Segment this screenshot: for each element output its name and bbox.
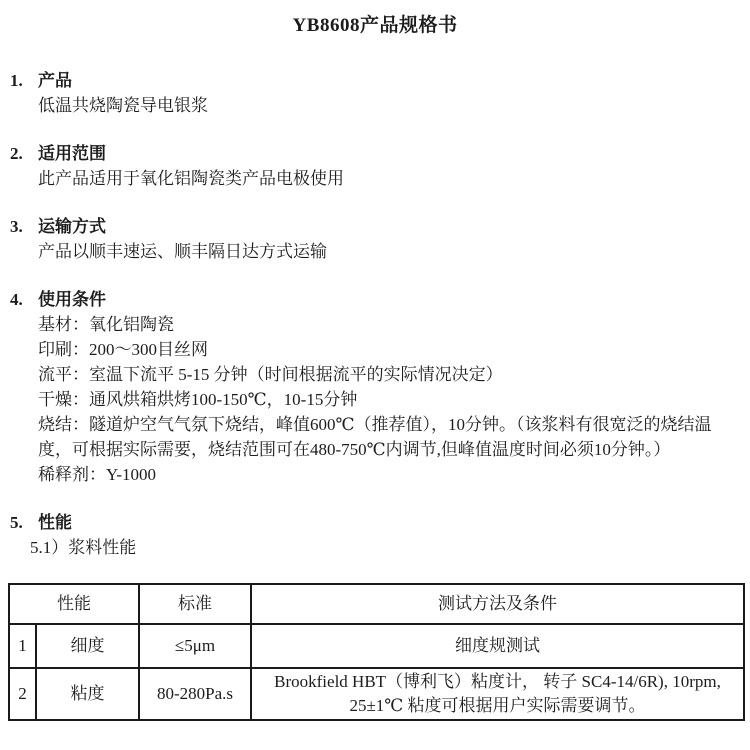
section-scope: 2. 适用范围 此产品适用于氧化铝陶瓷类产品电极使用 [0, 141, 750, 191]
cell-test-method: Brookfield HBT（博利飞）粘度计， 转子 SC4-14/6R), 1… [251, 668, 744, 720]
body-line-printing: 印刷：200～300目丝网 [38, 337, 750, 362]
paste-performance-table: 性能 标准 测试方法及条件 1 细度 ≤5μm 细度规测试 2 粘度 80-28… [8, 583, 745, 721]
section-performance: 5. 性能 5.1）浆料性能 [0, 510, 750, 560]
table-row-fineness: 1 细度 ≤5μm 细度规测试 [9, 624, 744, 668]
section-title: 性能 [38, 510, 72, 535]
section-body: 5.1）浆料性能 [0, 535, 750, 560]
cell-standard: 80-280Pa.s [139, 668, 251, 720]
section-number: 3. [10, 214, 38, 239]
section-number: 1. [10, 68, 38, 93]
header-property: 性能 [9, 584, 139, 624]
section-number: 2. [10, 141, 38, 166]
header-test-method: 测试方法及条件 [251, 584, 744, 624]
body-line-thinner: 稀释剂：Y-1000 [38, 462, 750, 487]
section-body: 基材：氧化铝陶瓷 印刷：200～300目丝网 流平：室温下流平 5-15 分钟（… [0, 312, 750, 487]
section-body: 低温共烧陶瓷导电银浆 [0, 93, 750, 118]
subsection-paste-performance: 5.1）浆料性能 [30, 535, 750, 560]
row-index: 1 [9, 624, 36, 668]
body-line-leveling: 流平：室温下流平 5-15 分钟（时间根据流平的实际情况决定） [38, 362, 750, 387]
section-body: 此产品适用于氧化铝陶瓷类产品电极使用 [0, 166, 750, 191]
row-index: 2 [9, 668, 36, 720]
section-product: 1. 产品 低温共烧陶瓷导电银浆 [0, 68, 750, 118]
document-title: YB8608产品规格书 [0, 0, 750, 38]
cell-standard: ≤5μm [139, 624, 251, 668]
body-line: 此产品适用于氧化铝陶瓷类产品电极使用 [38, 166, 750, 191]
body-line-drying: 干燥：通风烘箱烘烤100-150℃，10-15分钟 [38, 387, 750, 412]
body-line: 低温共烧陶瓷导电银浆 [38, 93, 750, 118]
section-title: 适用范围 [38, 141, 106, 166]
section-heading: 1. 产品 [0, 68, 750, 93]
body-line-sintering: 烧结：隧道炉空气气氛下烧结，峰值600℃（推荐值），10分钟。（该浆料有很宽泛的… [38, 412, 750, 462]
document-page: YB8608产品规格书 1. 产品 低温共烧陶瓷导电银浆 2. 适用范围 此产品… [0, 0, 750, 750]
sections-container: 1. 产品 低温共烧陶瓷导电银浆 2. 适用范围 此产品适用于氧化铝陶瓷类产品电… [0, 68, 750, 560]
section-body: 产品以顺丰速运、顺丰隔日达方式运输 [0, 239, 750, 264]
section-number: 5. [10, 510, 38, 535]
section-heading: 3. 运输方式 [0, 214, 750, 239]
section-heading: 5. 性能 [0, 510, 750, 535]
header-standard: 标准 [139, 584, 251, 624]
section-heading: 2. 适用范围 [0, 141, 750, 166]
section-title: 产品 [38, 68, 72, 93]
section-title: 使用条件 [38, 287, 106, 312]
cell-property: 粘度 [36, 668, 139, 720]
cell-test-method: 细度规测试 [251, 624, 744, 668]
table-row-viscosity: 2 粘度 80-280Pa.s Brookfield HBT（博利飞）粘度计， … [9, 668, 744, 720]
body-line: 产品以顺丰速运、顺丰隔日达方式运输 [38, 239, 750, 264]
section-number: 4. [10, 287, 38, 312]
table-header-row: 性能 标准 测试方法及条件 [9, 584, 744, 624]
section-shipping: 3. 运输方式 产品以顺丰速运、顺丰隔日达方式运输 [0, 214, 750, 264]
section-usage-conditions: 4. 使用条件 基材：氧化铝陶瓷 印刷：200～300目丝网 流平：室温下流平 … [0, 287, 750, 487]
section-heading: 4. 使用条件 [0, 287, 750, 312]
body-line-substrate: 基材：氧化铝陶瓷 [38, 312, 750, 337]
cell-property: 细度 [36, 624, 139, 668]
section-title: 运输方式 [38, 214, 106, 239]
